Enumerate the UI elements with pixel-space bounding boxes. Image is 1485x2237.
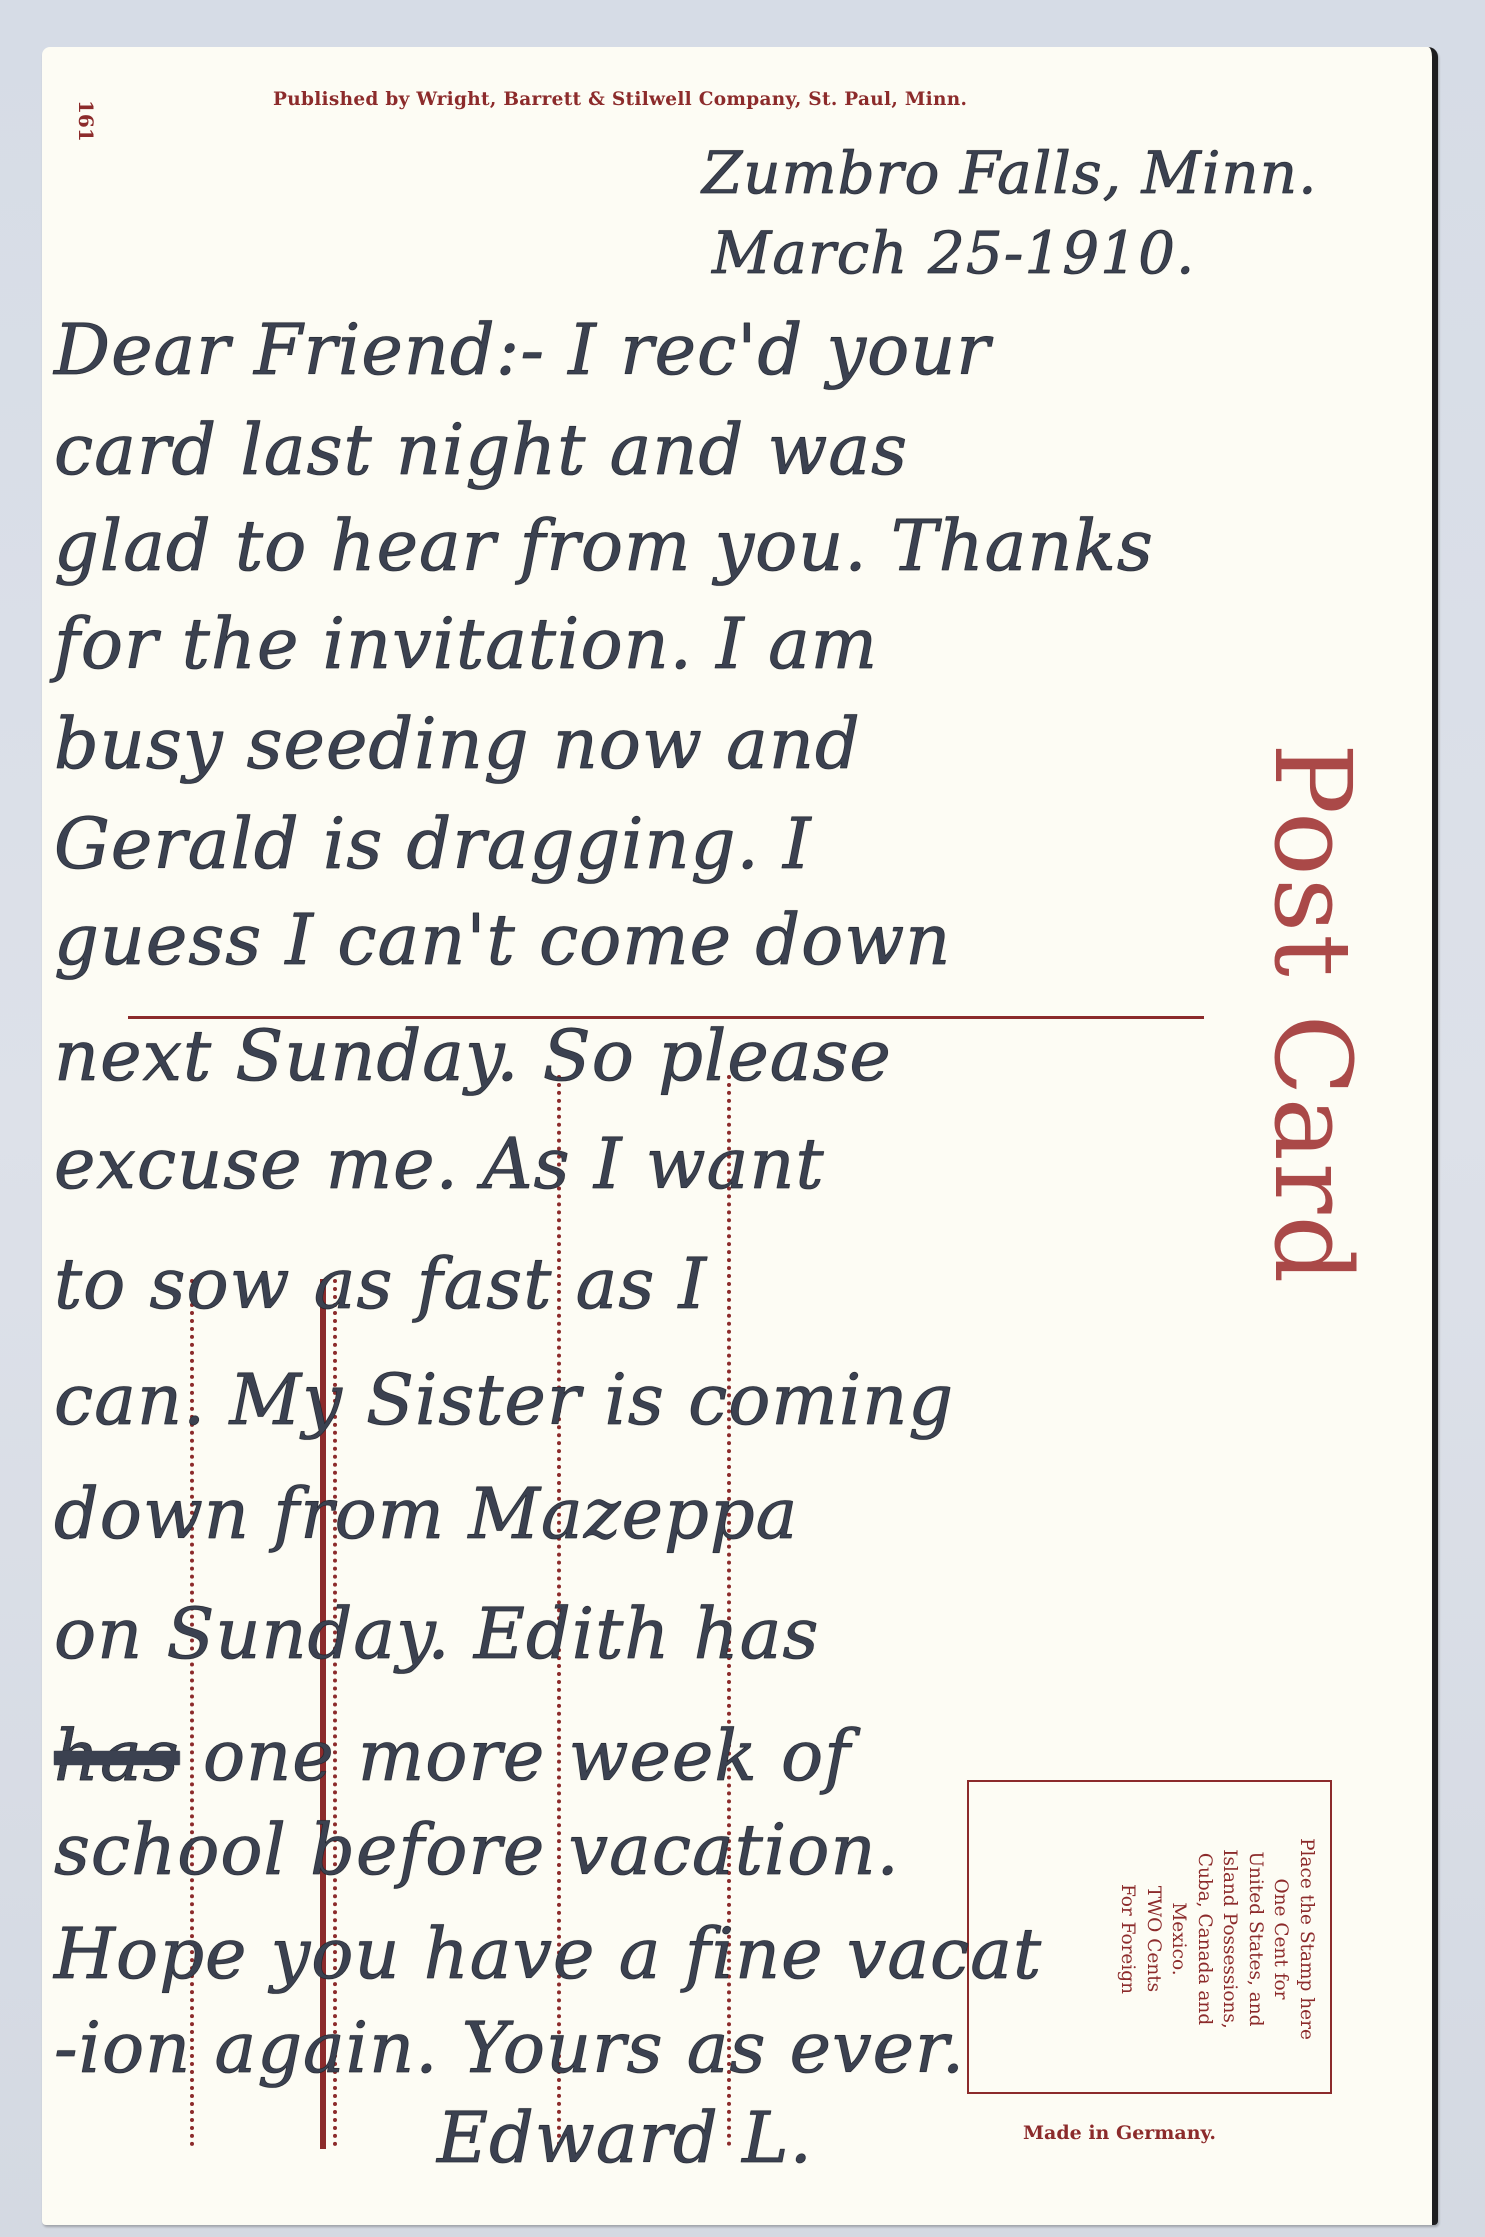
message-line: on Sunday. Edith has [54,1593,819,1675]
message-line: Hope you have a fine vacat [54,1913,1042,1995]
message-line: has one more week of [54,1715,851,1797]
message-place: Zumbro Falls, Minn. [702,139,1318,207]
message-line: Gerald is dragging. I [54,803,812,885]
message-line: can. My Sister is coming [54,1359,954,1441]
message-line: guess I can't come down [54,899,951,981]
stamp-line: TWO Cents [1141,1794,1167,2084]
message-line: Dear Friend:- I rec'd your [54,309,991,391]
publisher-line: Published by Wright, Barrett & Stilwell … [273,89,1323,110]
made-in-germany: Made in Germany. [1023,2122,1216,2144]
message-line: excuse me. As I want [54,1123,825,1205]
message-date: March 25-1910. [712,219,1195,287]
struck-word: has [54,1715,180,1797]
message-line: school before vacation. [54,1809,900,1891]
message-line: glad to hear from you. Thanks [54,505,1154,587]
post-card-title: Post Card [1251,743,1374,1285]
stamp-line: Island Possessions, [1217,1794,1243,2084]
signature: Edward L. [437,2097,813,2179]
message-line: -ion again. Yours as ever. [54,2007,965,2089]
stamp-line: For Foreign [1115,1794,1141,2084]
postcard-back: 161 Published by Wright, Barrett & Stilw… [42,47,1438,2225]
message-line: busy seeding now and [54,703,861,785]
message-line: next Sunday. So please [54,1015,892,1097]
stamp-line: One Cent for [1268,1794,1294,2084]
stamp-line: Mexico. [1166,1794,1192,2084]
stamp-line: Place the Stamp here [1294,1794,1320,2084]
message-line: card last night and was [54,409,908,491]
message-line: down from Mazeppa [54,1473,798,1555]
message-line: to sow as fast as I [54,1243,707,1325]
serial-number: 161 [74,100,98,142]
stamp-instructions: Place the Stamp here One Cent for United… [1115,1794,1319,2084]
message-line-text: one more week of [203,1715,851,1797]
stamp-line: United States, and [1243,1794,1269,2084]
stamp-line: Cuba, Canada and [1192,1794,1218,2084]
message-line: for the invitation. I am [54,603,878,685]
